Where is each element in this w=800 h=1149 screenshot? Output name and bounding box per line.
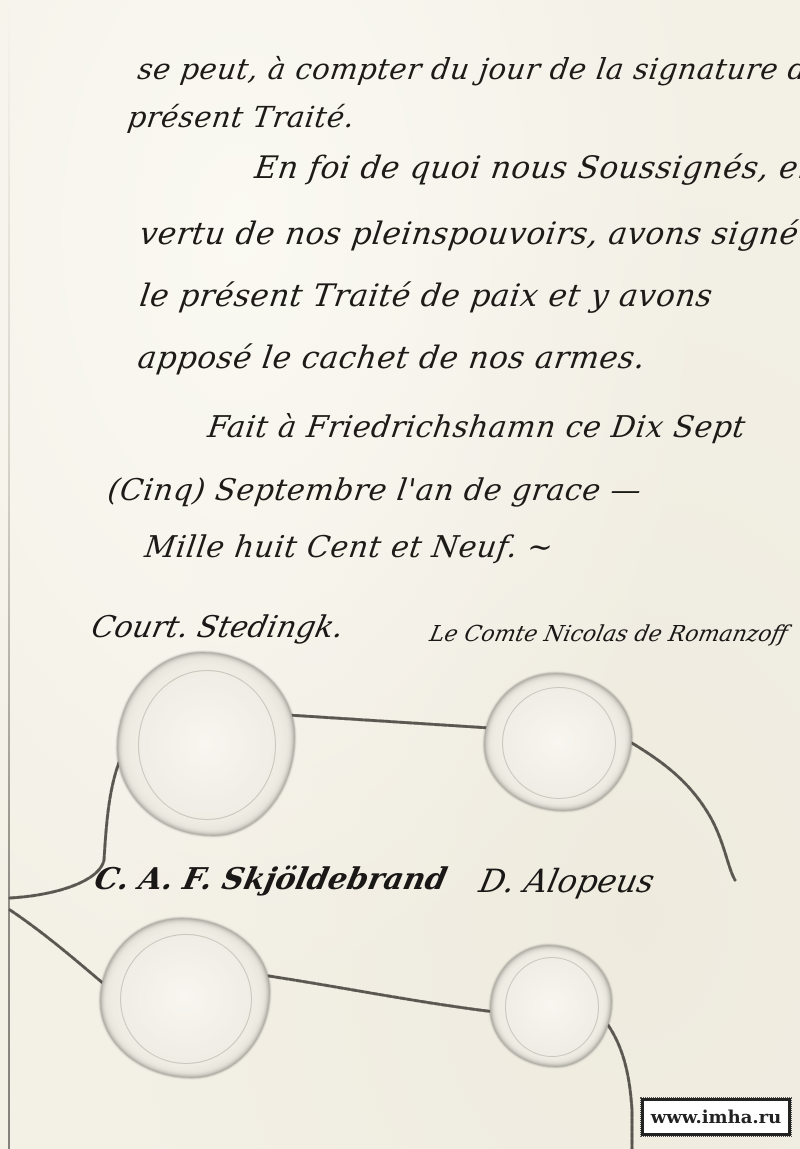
manuscript-page: se peut, à compter du jour de la signatu… — [0, 0, 800, 1149]
watermark-text: www.imha.ru — [651, 1107, 781, 1128]
wax-seal-top-right — [484, 673, 632, 811]
watermark-badge: www.imha.ru — [641, 1098, 791, 1136]
wax-seal-top-left — [117, 652, 295, 836]
wax-seal-bottom-left — [100, 918, 270, 1078]
wax-seal-bottom-right — [490, 945, 612, 1067]
